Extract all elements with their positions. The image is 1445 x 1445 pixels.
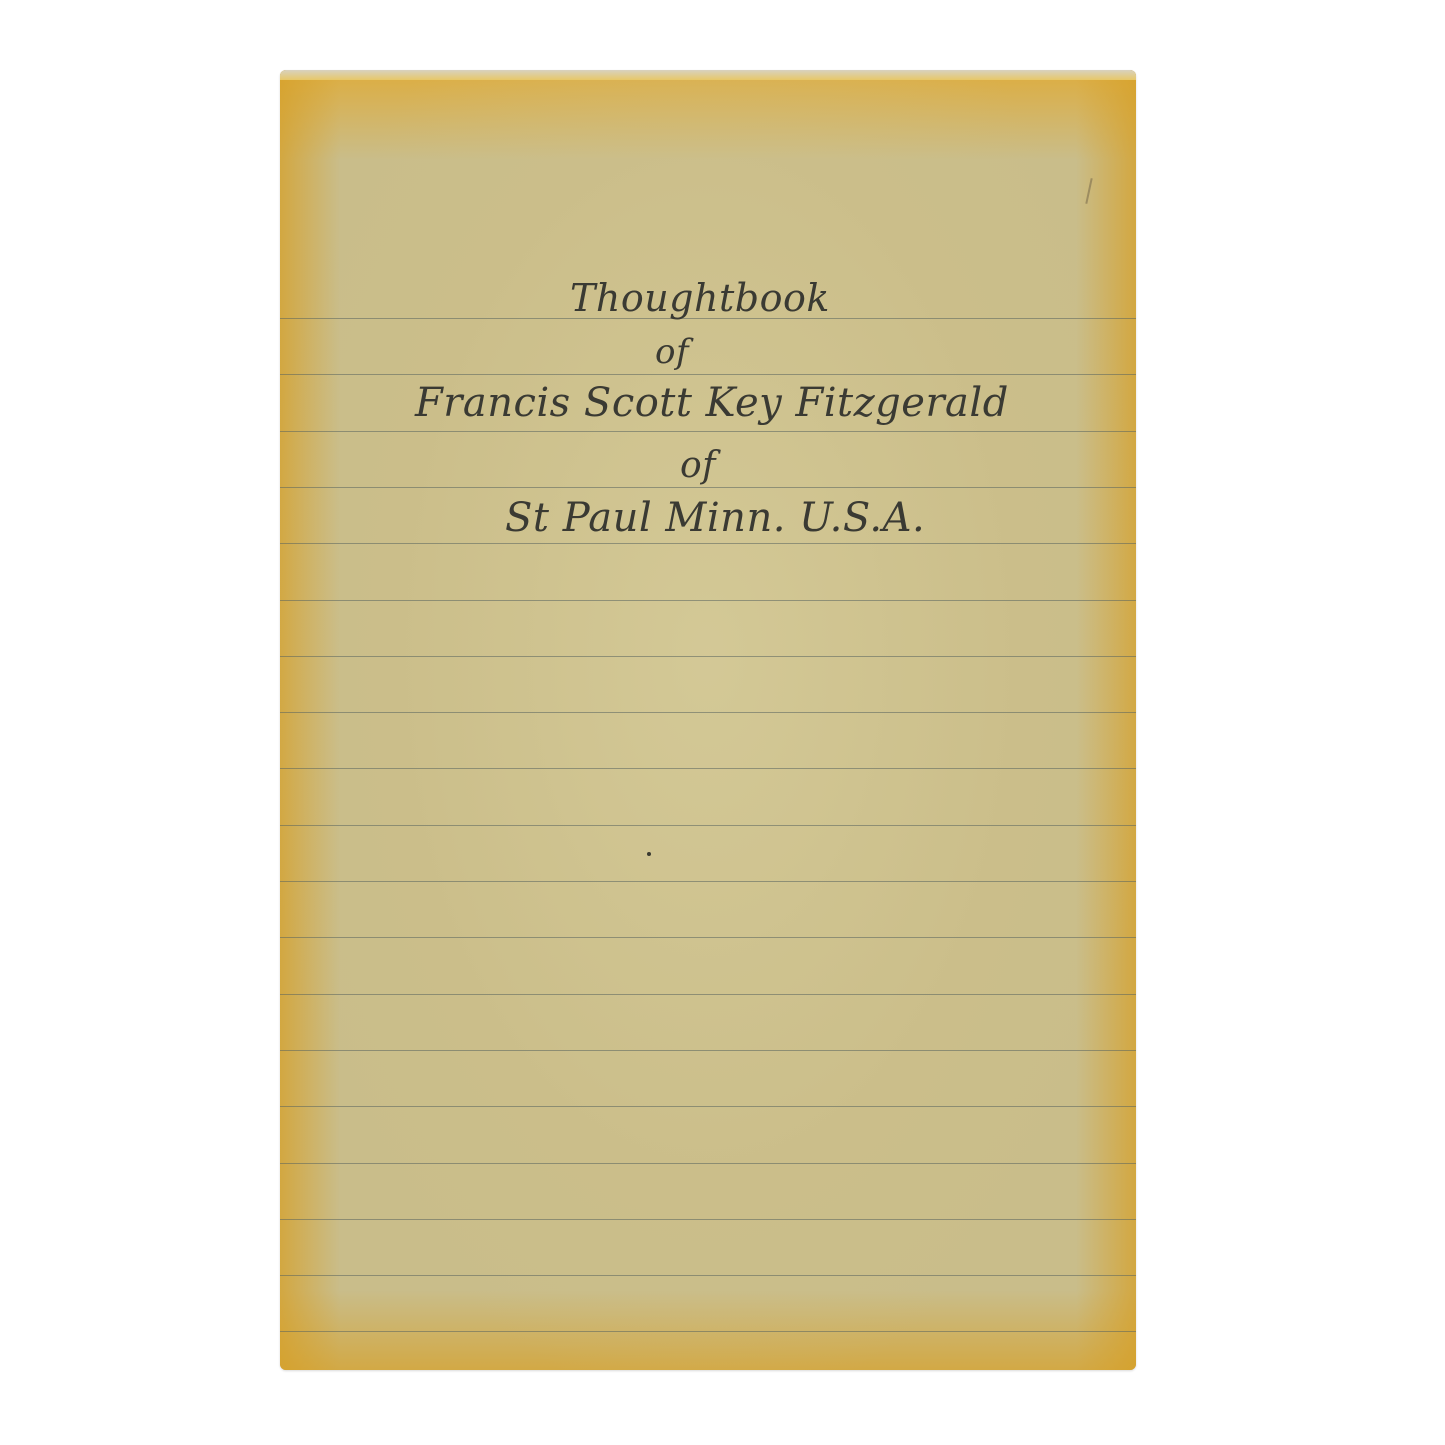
ruled-line bbox=[280, 937, 1136, 938]
ruled-line bbox=[280, 881, 1136, 882]
ruled-line bbox=[280, 487, 1136, 488]
ruled-line bbox=[280, 994, 1136, 995]
ruled-line bbox=[280, 712, 1136, 713]
book-jacket: Thoughtbook of Francis Scott Key Fitzger… bbox=[280, 70, 1136, 1370]
ruled-line bbox=[280, 1163, 1136, 1164]
ruled-line bbox=[280, 431, 1136, 432]
ink-dot bbox=[647, 852, 651, 856]
inscription-of-1: of bbox=[655, 332, 689, 372]
ruled-line bbox=[280, 374, 1136, 375]
inscription-title: Thoughtbook bbox=[570, 276, 830, 320]
inscription-name: Francis Scott Key Fitzgerald bbox=[415, 380, 1009, 426]
ruled-line bbox=[280, 656, 1136, 657]
ruled-line bbox=[280, 600, 1136, 601]
ruled-line bbox=[280, 1275, 1136, 1276]
ruled-line bbox=[280, 825, 1136, 826]
ruled-line bbox=[280, 543, 1136, 544]
ruled-line bbox=[280, 768, 1136, 769]
ruled-line bbox=[280, 1050, 1136, 1051]
ruled-line bbox=[280, 1219, 1136, 1220]
worn-top-edge bbox=[280, 70, 1136, 80]
inscription-of-2: of bbox=[680, 445, 716, 486]
ruled-line bbox=[280, 1106, 1136, 1107]
pencil-mark bbox=[1085, 178, 1092, 204]
ruled-line bbox=[280, 1331, 1136, 1332]
inscription-place: St Paul Minn. U.S.A. bbox=[505, 495, 925, 541]
